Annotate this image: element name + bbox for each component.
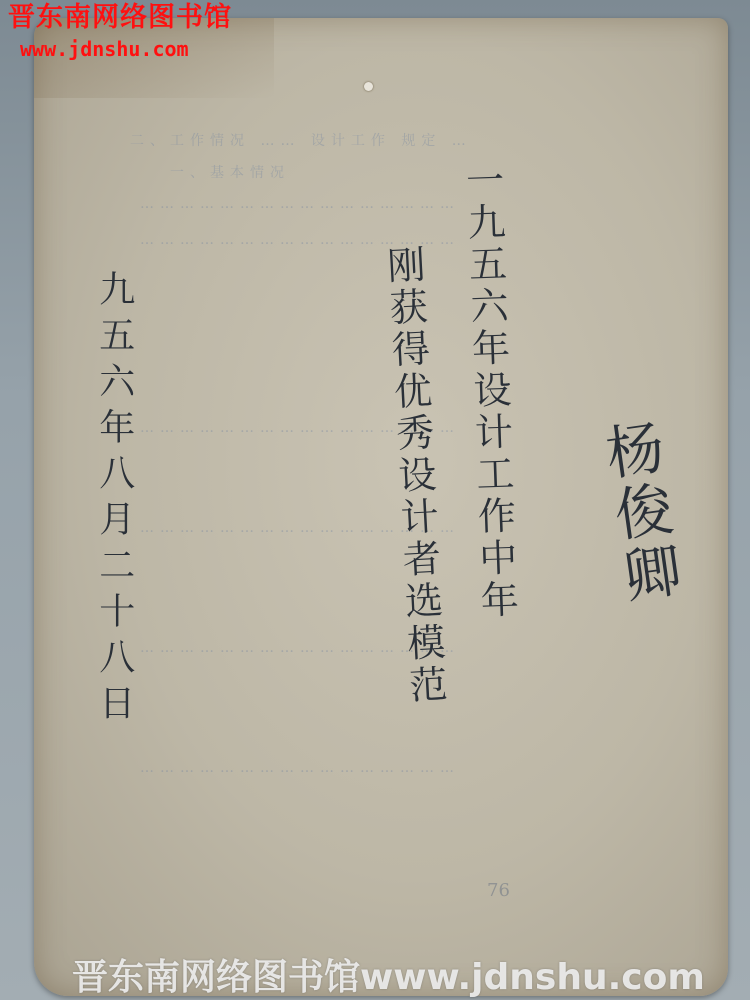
watermark-top: 晋东南网络图书馆 www.jdnshu.com — [8, 4, 232, 59]
watermark-top-url: www.jdnshu.com — [20, 39, 232, 59]
handwriting-date: 九五六年八月二十八日 — [95, 270, 133, 730]
binding-hole — [364, 82, 373, 91]
page-number: 76 — [487, 880, 510, 901]
watermark-top-title: 晋东南网络图书馆 — [8, 4, 232, 31]
faint-typed-line: ………………………………………… — [140, 760, 460, 776]
faint-typed-line: ………………………………………… — [140, 196, 460, 212]
watermark-bottom: 晋东南网络图书馆www.jdnshu.com — [72, 960, 705, 996]
faint-typed-line: 一、基本情况 — [170, 162, 290, 182]
faint-typed-line: 二、工作情况 …… 设计工作 规定 … — [130, 130, 472, 150]
